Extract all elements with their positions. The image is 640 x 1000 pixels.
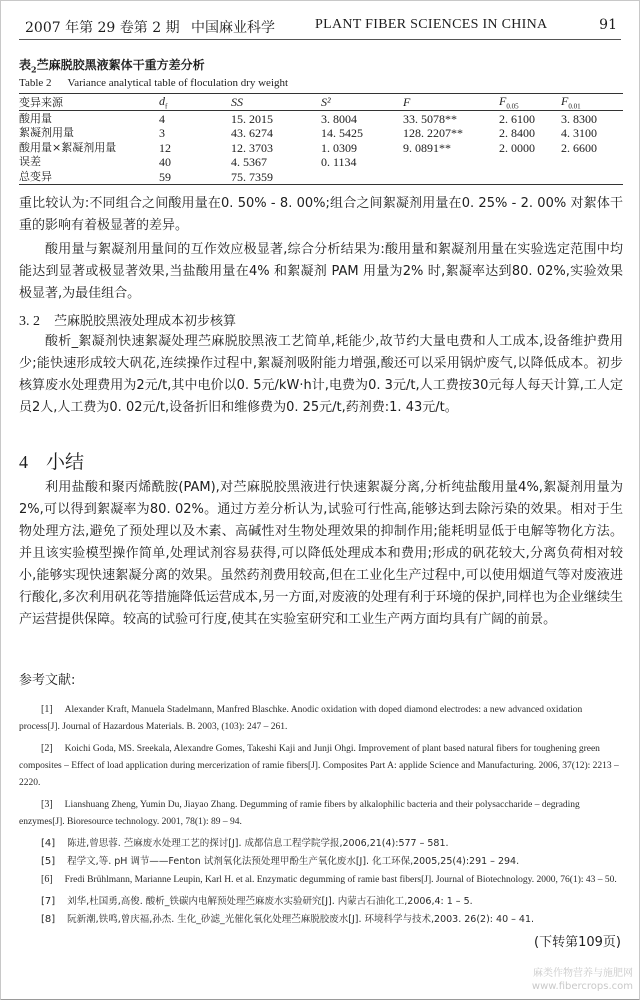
table-header-row: 变异来源 df SS S² F F0.05 F0.01 bbox=[19, 94, 623, 111]
section-number: 4 bbox=[19, 452, 28, 472]
col-header-f: F bbox=[403, 94, 499, 111]
reference-text: 阮新潮,铁鸣,曾庆福,孙杰. 生化_砂滤_光催化氧化处理苎麻脱胶废水[J]. 环… bbox=[67, 914, 534, 925]
cell-f: 33. 5078** bbox=[403, 111, 499, 126]
cell-f001: 3. 8300 bbox=[561, 111, 623, 126]
table-caption-prefix: 表 bbox=[19, 58, 31, 72]
cell-df: 12 bbox=[159, 140, 231, 155]
cell-f: 128. 2207** bbox=[403, 126, 499, 141]
cell-f005 bbox=[499, 155, 561, 170]
running-head: 2007 年第 29 卷第 2 期 中国麻业科学 PLANT FIBER SCI… bbox=[19, 13, 621, 40]
cell-ss: 12. 3703 bbox=[231, 140, 321, 155]
table-caption-cn: 表2苎麻脱胶黑液絮体干重方差分析 bbox=[19, 56, 205, 74]
reference-item: [6]Fredi Brühlmann, Marianne Leupin, Kar… bbox=[19, 871, 623, 889]
table-caption-text: 苎麻脱胶黑液絮体干重方差分析 bbox=[37, 58, 205, 72]
cell-f001: 4. 3100 bbox=[561, 126, 623, 141]
cell-df: 3 bbox=[159, 126, 231, 141]
cell-f005: 2. 8400 bbox=[499, 126, 561, 141]
table-label: Table 2 bbox=[19, 77, 52, 89]
cell-f: 9. 0891** bbox=[403, 140, 499, 155]
reference-text: 刘华,杜国勇,高俊. 酸析_铁碳内电解预处理苎麻废水实验研究[J]. 内蒙古石油… bbox=[67, 896, 472, 907]
section-title: 苎麻脱胶黑液处理成本初步核算 bbox=[54, 314, 236, 329]
reference-number: [5] bbox=[41, 856, 55, 867]
cell-source: 絮凝剂用量 bbox=[19, 126, 159, 141]
references-list: [1]Alexander Kraft, Manuela Stadelmann, … bbox=[19, 701, 623, 929]
table-row: 絮凝剂用量 3 43. 6274 14. 5425 128. 2207** 2.… bbox=[19, 126, 623, 141]
references-heading: 参考文献: bbox=[19, 669, 75, 688]
section-heading-3-2: 3. 2苎麻脱胶黑液处理成本初步核算 bbox=[19, 310, 236, 330]
cell-f001 bbox=[561, 169, 623, 184]
table-row: 酸用量 4 15. 2015 3. 8004 33. 5078** 2. 610… bbox=[19, 111, 623, 126]
reference-number: [1] bbox=[41, 704, 53, 715]
page-number: 91 bbox=[599, 17, 617, 33]
reference-number: [6] bbox=[41, 874, 53, 885]
anova-table: 变异来源 df SS S² F F0.05 F0.01 酸用量 4 15. 20… bbox=[19, 93, 623, 185]
table-row: 酸用量×絮凝剂用量 12 12. 3703 1. 0309 9. 0891** … bbox=[19, 140, 623, 155]
reference-text: Koichi Goda, MS. Sreekala, Alexandre Gom… bbox=[19, 744, 619, 788]
cell-source: 酸用量 bbox=[19, 111, 159, 126]
cell-s2 bbox=[321, 169, 403, 184]
reference-text: Alexander Kraft, Manuela Stadelmann, Man… bbox=[19, 705, 582, 732]
table-row: 总变异 59 75. 7359 bbox=[19, 169, 623, 184]
watermark: 麻类作物营养与施肥网 www.fibercrops.com bbox=[532, 967, 633, 993]
cell-source: 总变异 bbox=[19, 169, 159, 184]
reference-item: [1]Alexander Kraft, Manuela Stadelmann, … bbox=[19, 701, 623, 736]
reference-item: [4]陈进,曾思蓉. 苎麻废水处理工艺的探讨[J]. 成都信息工程学院学报,20… bbox=[19, 835, 623, 852]
watermark-url: www.fibercrops.com bbox=[532, 980, 633, 993]
journal-page: 2007 年第 29 卷第 2 期 中国麻业科学 PLANT FIBER SCI… bbox=[0, 0, 640, 1000]
col-header-f001: F0.01 bbox=[561, 94, 623, 111]
cell-source: 误差 bbox=[19, 155, 159, 170]
reference-number: [4] bbox=[41, 838, 55, 849]
paragraph-summary: 利用盐酸和聚丙烯酰胺(PAM),对苎麻脱胶黑液进行快速絮凝分离,分析纯盐酸用量4… bbox=[19, 477, 623, 631]
reference-text: Lianshuang Zheng, Yumin Du, Jiayao Zhang… bbox=[19, 800, 580, 827]
cell-s2: 0. 1134 bbox=[321, 155, 403, 170]
cell-f005: 2. 0000 bbox=[499, 140, 561, 155]
col-header-df: df bbox=[159, 94, 231, 111]
watermark-site-name: 麻类作物营养与施肥网 bbox=[532, 967, 633, 980]
reference-text: 陈进,曾思蓉. 苎麻废水处理工艺的探讨[J]. 成都信息工程学院学报,2006,… bbox=[67, 838, 448, 849]
reference-item: [3]Lianshuang Zheng, Yumin Du, Jiayao Zh… bbox=[19, 796, 623, 831]
reference-text: Fredi Brühlmann, Marianne Leupin, Karl H… bbox=[65, 875, 617, 885]
cell-f005 bbox=[499, 169, 561, 184]
cell-s2: 14. 5425 bbox=[321, 126, 403, 141]
table-caption-en-text: Variance analytical table of floculation… bbox=[68, 77, 289, 89]
cell-s2: 3. 8004 bbox=[321, 111, 403, 126]
journal-name-cn: 中国麻业科学 bbox=[191, 17, 275, 37]
table-row: 误差 40 4. 5367 0. 1134 bbox=[19, 155, 623, 170]
col-header-s2: S² bbox=[321, 94, 403, 111]
col-header-source: 变异来源 bbox=[19, 94, 159, 111]
continued-on-page-note: (下转第109页) bbox=[534, 931, 621, 950]
cell-ss: 43. 6274 bbox=[231, 126, 321, 141]
col-header-ss: SS bbox=[231, 94, 321, 111]
cell-f001 bbox=[561, 155, 623, 170]
cell-ss: 75. 7359 bbox=[231, 169, 321, 184]
issue-info: 2007 年第 29 卷第 2 期 bbox=[25, 17, 180, 37]
reference-item: [7]刘华,杜国勇,高俊. 酸析_铁碳内电解预处理苎麻废水实验研究[J]. 内蒙… bbox=[19, 893, 623, 910]
journal-name-en: PLANT FIBER SCIENCES IN CHINA bbox=[315, 17, 547, 33]
reference-item: [2]Koichi Goda, MS. Sreekala, Alexandre … bbox=[19, 740, 623, 792]
cell-ss: 4. 5367 bbox=[231, 155, 321, 170]
cell-s2: 1. 0309 bbox=[321, 140, 403, 155]
cell-f bbox=[403, 169, 499, 184]
section-title: 小结 bbox=[46, 451, 84, 473]
reference-number: [2] bbox=[41, 743, 53, 754]
cell-f bbox=[403, 155, 499, 170]
cell-df: 59 bbox=[159, 169, 231, 184]
reference-item: [5]程学文,等. pH 调节——Fenton 试剂氧化法预处理甲酚生产氧化废水… bbox=[19, 853, 623, 870]
cell-f005: 2. 6100 bbox=[499, 111, 561, 126]
cell-df: 40 bbox=[159, 155, 231, 170]
reference-number: [8] bbox=[41, 914, 55, 925]
cell-ss: 15. 2015 bbox=[231, 111, 321, 126]
table-caption-en: Table 2Variance analytical table of floc… bbox=[19, 77, 288, 89]
reference-text: 程学文,等. pH 调节——Fenton 试剂氧化法预处理甲酚生产氧化废水[J]… bbox=[67, 856, 519, 867]
section-number: 3. 2 bbox=[19, 314, 40, 329]
reference-item: [8]阮新潮,铁鸣,曾庆福,孙杰. 生化_砂滤_光催化氧化处理苎麻脱胶废水[J]… bbox=[19, 911, 623, 928]
section-heading-4: 4小结 bbox=[19, 447, 84, 474]
paragraph-interaction-effect: 酸用量与絮凝剂用量间的互作效应极显著,综合分析结果为:酸用量和絮凝剂用量在实验选… bbox=[19, 239, 623, 305]
paragraph-cost-estimate: 酸析_絮凝剂快速絮凝处理苎麻脱胶黑液工艺简单,耗能少,故节约大量电费和人工成本,… bbox=[19, 331, 623, 419]
col-header-f005: F0.05 bbox=[499, 94, 561, 111]
cell-df: 4 bbox=[159, 111, 231, 126]
paragraph-multiple-comparison: 重比较认为:不同组合之间酸用量在0. 50% - 8. 00%;组合之间絮凝剂用… bbox=[19, 193, 623, 237]
cell-source: 酸用量×絮凝剂用量 bbox=[19, 140, 159, 155]
cell-f001: 2. 6600 bbox=[561, 140, 623, 155]
reference-number: [7] bbox=[41, 896, 55, 907]
reference-number: [3] bbox=[41, 799, 53, 810]
